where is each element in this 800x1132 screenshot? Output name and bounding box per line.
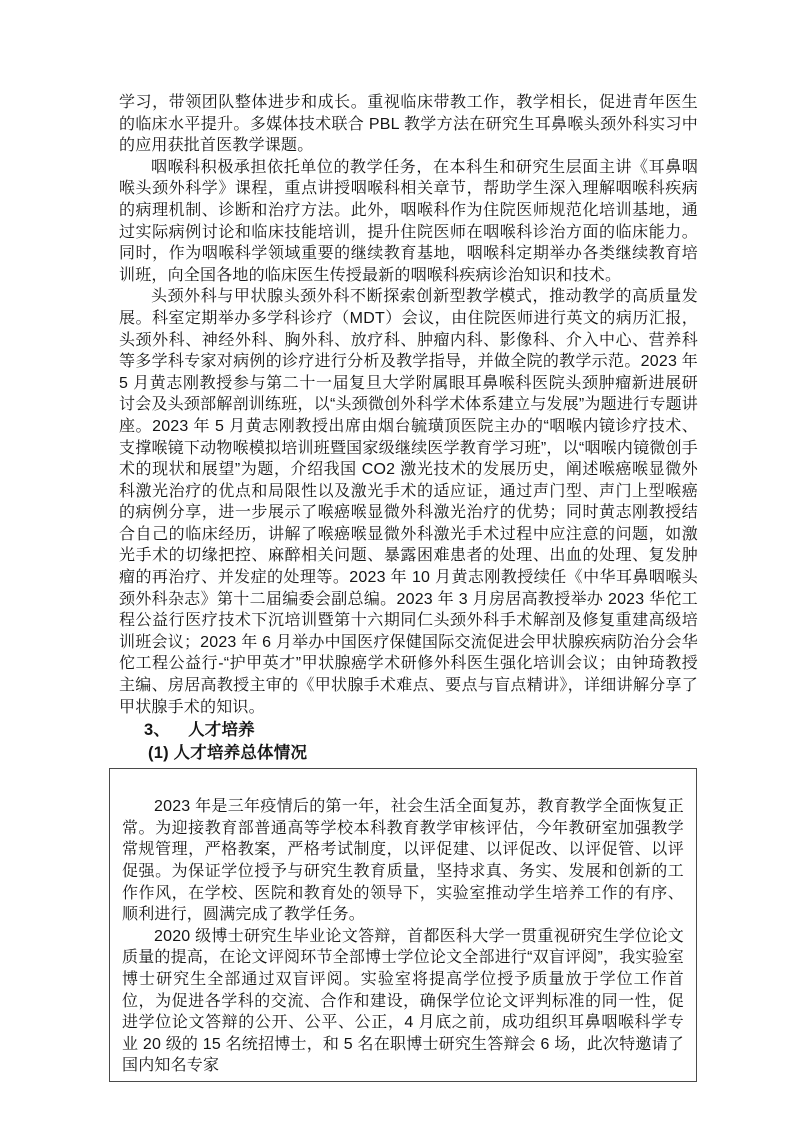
boxed-text-section: 2023 年是三年疫情后的第一年，社会生活全面复苏，教育教学全面恢复正常。为迎接… (109, 768, 697, 1082)
document-page: 学习，带领团队整体进步和成长。重视临床带教工作，教学相长，促进青年医生的临床水平… (0, 0, 800, 1132)
subsection-heading-overall-situation: (1) 人才培养总体情况 (119, 742, 698, 765)
section-heading-number: 3、 (144, 721, 170, 739)
boxed-paragraph-phd-defense: 2020 级博士研究生毕业论文答辩，首都医科大学一贯重视研究生学位论文质量的提高… (122, 926, 684, 1077)
section-heading-label: 人才培养 (188, 721, 255, 739)
body-paragraph-throat-dept-teaching: 咽喉科积极承担依托单位的教学任务，在本科生和研究生层面主讲《耳鼻咽喉头颈外科学》… (119, 157, 698, 287)
boxed-paragraph-2023-recovery: 2023 年是三年疫情后的第一年，社会生活全面复苏，教育教学全面恢复正常。为迎接… (122, 796, 684, 926)
section-heading-talent-training: 3、人才培养 (119, 719, 698, 742)
document-content: 学习，带领团队整体进步和成长。重视临床带教工作，教学相长，促进青年医生的临床水平… (119, 92, 698, 1082)
body-paragraph-continuation: 学习，带领团队整体进步和成长。重视临床带教工作，教学相长，促进青年医生的临床水平… (119, 92, 698, 157)
body-paragraph-head-neck-surgery: 头颈外科与甲状腺头颈外科不断探索创新型教学模式，推动教学的高质量发展。科室定期举… (119, 286, 698, 718)
